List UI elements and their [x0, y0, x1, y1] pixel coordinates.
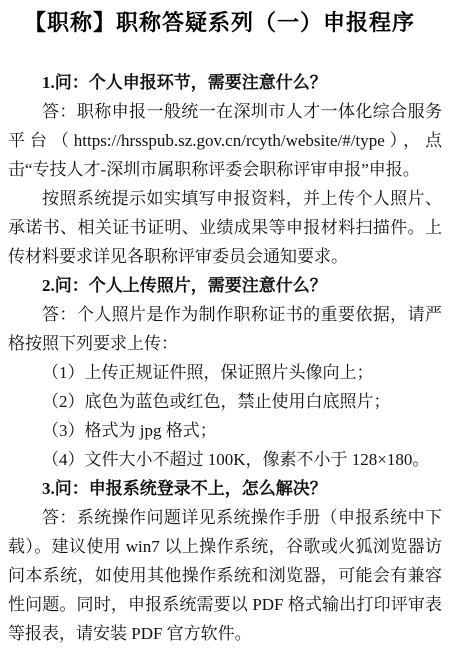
answer-paragraph: （2）底色为蓝色或红色，禁止使用白底照片；: [8, 387, 442, 416]
answer-paragraph: 按照系统提示如实填写申报资料，并上传个人照片、承诺书、相关证书证明、业绩成果等申…: [8, 184, 442, 271]
document-page: 【职称】职称答疑系列（一）申报程序 1.问：个人申报环节，需要注意什么？答：职称…: [0, 0, 450, 654]
answer-paragraph: 答：系统操作问题详见系统操作手册（申报系统中下载）。建议使用 win7 以上操作…: [8, 503, 442, 648]
question-heading: 1.问：个人申报环节，需要注意什么？: [8, 68, 442, 97]
document-body: 1.问：个人申报环节，需要注意什么？答：职称申报一般统一在深圳市人才一体化综合服…: [8, 68, 442, 648]
answer-paragraph: （4）文件大小不超过 100K，像素不小于 128×180。: [8, 445, 442, 474]
page-title: 【职称】职称答疑系列（一）申报程序: [24, 8, 442, 38]
answer-paragraph: （1）上传正规证件照，保证照片头像向上；: [8, 358, 442, 387]
question-heading: 3.问：申报系统登录不上，怎么解决？: [8, 474, 442, 503]
question-heading: 2.问：个人上传照片，需要注意什么？: [8, 271, 442, 300]
answer-paragraph: 答：个人照片是作为制作职称证书的重要依据，请严格按照下列要求上传：: [8, 300, 442, 358]
answer-paragraph: 答：职称申报一般统一在深圳市人才一体化综合服务平台（https://hrsspu…: [8, 97, 442, 184]
answer-paragraph: （3）格式为 jpg 格式；: [8, 416, 442, 445]
